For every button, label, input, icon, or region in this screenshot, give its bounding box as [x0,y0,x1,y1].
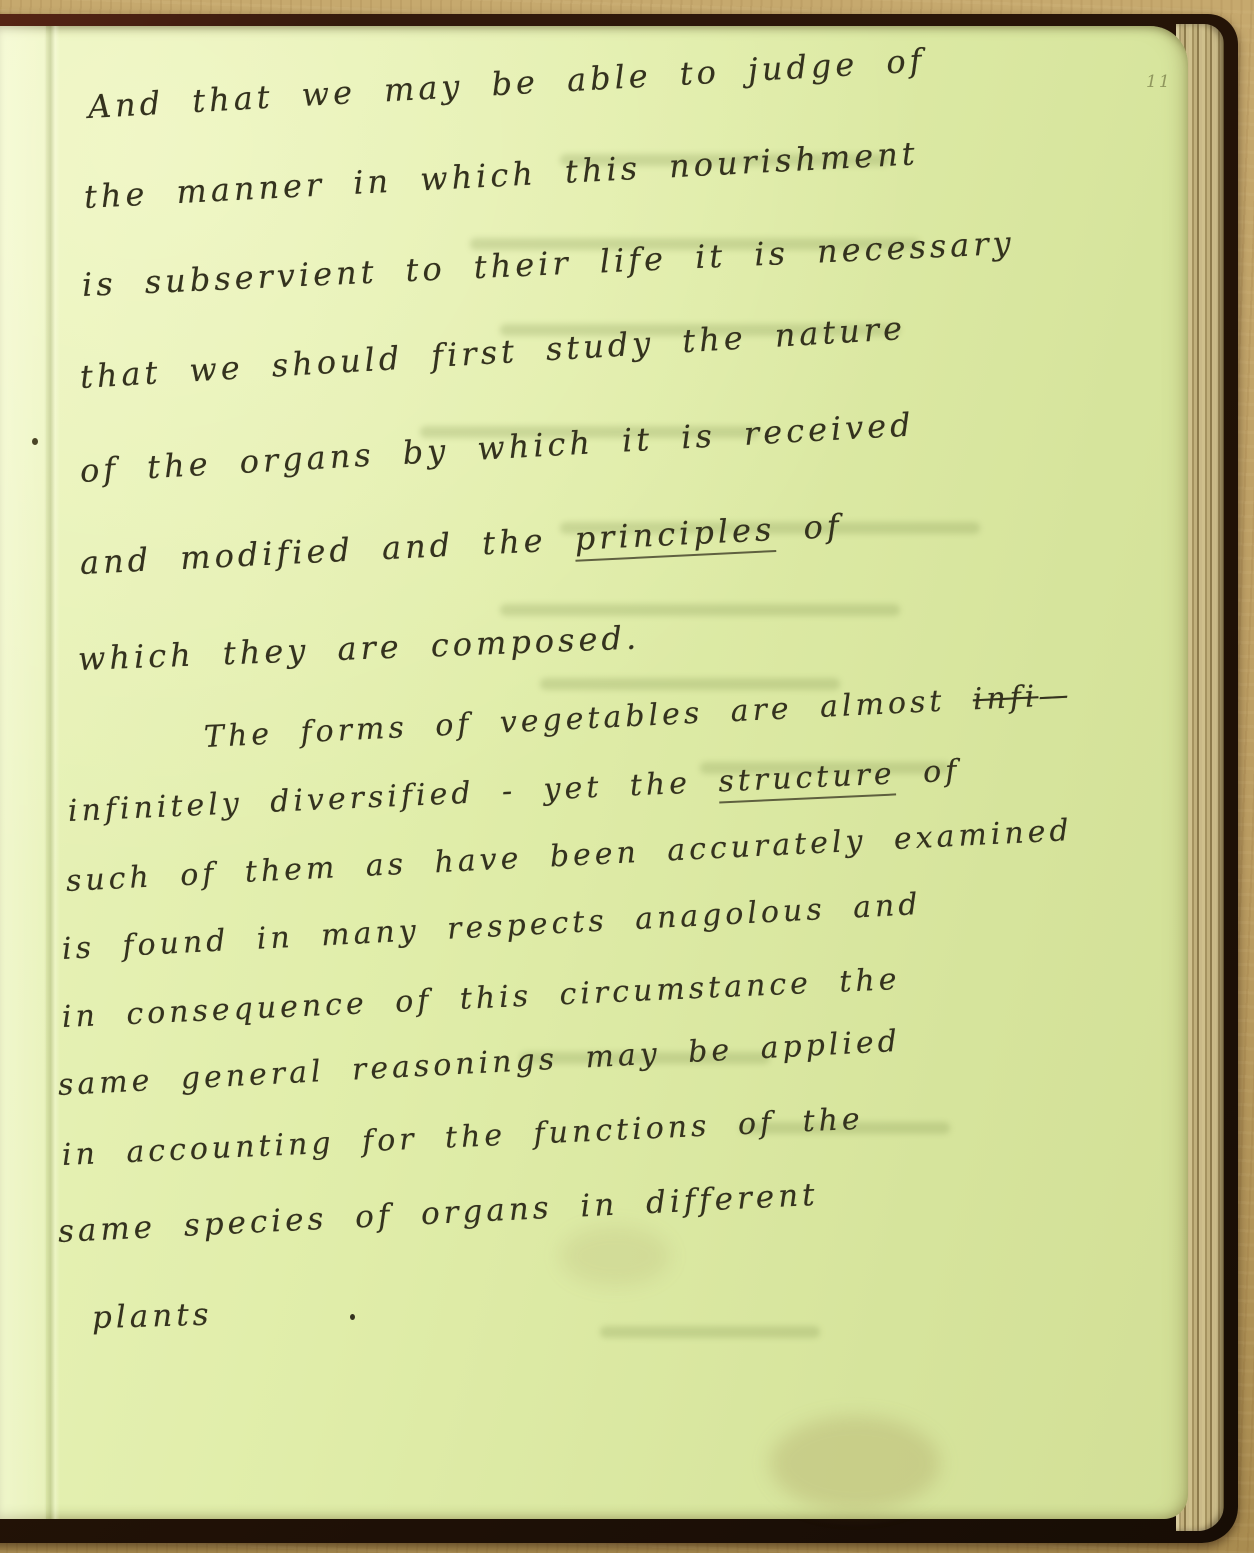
manuscript-text: same general reasonings may be applied [57,1024,902,1103]
ghost-text-line [600,1326,820,1338]
manuscript-line: that we should first study the nature [79,309,907,396]
manuscript-line: which they are composed. [77,618,640,678]
folio-number: 11 [1146,72,1172,92]
gutter-crease [44,26,60,1519]
manuscript-page: 11 And that we may be able to judge ofth… [0,26,1188,1519]
manuscript-text: of the organs by which it is received [79,405,916,490]
manuscript-text: — [1038,678,1074,715]
manuscript-line: and modified and the principles of [79,507,843,582]
manuscript-text: the manner in which this nourishment [83,134,920,216]
ghost-text-line [540,678,840,690]
manuscript-photo: 11 And that we may be able to judge ofth… [0,0,1254,1553]
manuscript-text: in accounting for the functions of the [61,1102,864,1173]
manuscript-text: of [895,754,961,792]
stain [560,1226,670,1286]
manuscript-line: the manner in which this nourishment [83,134,920,216]
manuscript-text: and modified and the [79,520,576,582]
page-gutter-strip [0,26,46,1519]
manuscript-line: in accounting for the functions of the [61,1102,864,1173]
manuscript-text: infinitely diversified - yet the [67,764,719,828]
stain [770,1416,940,1511]
ink-dot [350,1314,355,1320]
manuscript-word-strike: infi [972,679,1039,717]
manuscript-text: in consequence of this circumstance the [61,962,901,1035]
manuscript-text: such of them as have been accurately exa… [65,813,1073,899]
manuscript-line: same species of organs in different [57,1177,819,1250]
manuscript-line: same general reasonings may be applied [57,1024,902,1103]
manuscript-word-underline: structure [718,756,897,803]
manuscript-text: which they are composed. [77,618,640,678]
manuscript-text: that we should first study the nature [79,309,907,396]
ghost-text-line [500,604,900,616]
manuscript-text: And that we may be able to judge of [87,41,926,126]
manuscript-text: is subservient to their life it is neces… [81,224,1015,304]
manuscript-text: of [774,507,843,548]
manuscript-line: And that we may be able to judge of [87,41,926,126]
manuscript-text: same species of organs in different [57,1177,819,1250]
ink-speck [32,438,38,445]
manuscript-text: is found in many respects anagolous and [61,887,922,967]
manuscript-text: The forms of vegetables are almost [203,682,974,755]
manuscript-line: is found in many respects anagolous and [61,887,922,967]
manuscript-line: of the organs by which it is received [79,405,916,490]
manuscript-line: plants [91,1297,213,1336]
manuscript-line: in consequence of this circumstance the [61,962,901,1035]
manuscript-word-underline: principles [574,510,777,562]
manuscript-line: infinitely diversified - yet the structu… [67,754,961,829]
manuscript-text: plants [91,1297,213,1336]
manuscript-line: is subservient to their life it is neces… [81,224,1015,304]
manuscript-line: such of them as have been accurately exa… [65,813,1073,899]
